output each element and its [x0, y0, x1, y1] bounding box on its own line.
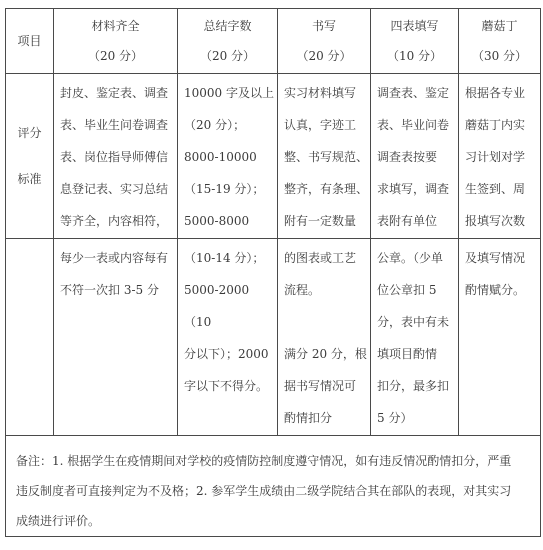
deduction-moguding-cell: 及填写情况 酌情赋分。 [459, 239, 541, 436]
deduction-materials-cell: 每少一表或内容每有 不符一次扣 3-5 分 [54, 239, 178, 436]
header-cell-project: 项目 [6, 9, 54, 74]
scoring-criteria-label: 评分 标准 [6, 74, 54, 239]
criteria-handwriting-cell: 实习材料填写 认真，字迹工 整、书写规范、 整齐，有条理、 附有一定数量 [278, 74, 371, 239]
document-page: 项目 材料齐全 （20 分） 总结字数 （20 分） 书写 （20 分） 四表填… [0, 0, 543, 550]
header-cell-handwriting: 书写 （20 分） [278, 9, 371, 74]
deduction-word-count-cell: （10-14 分）； 5000-2000（10 分以下）；2000 字以下不得分… [178, 239, 278, 436]
remarks-row: 备注：1. 根据学生在疫情期间对学校的疫情防控制度遵守情况，如有违反情况酌情扣分… [6, 436, 541, 537]
header-cell-moguding: 蘑菇丁 （30 分） [459, 9, 541, 74]
deduction-handwriting-cell: 的图表或工艺 流程。 满分 20 分，根 据书写情况可 酌情扣分 [278, 239, 371, 436]
criteria-moguding-cell: 根据各专业 蘑菇丁内实 习计划对学 生签到、周 报填写次数 [459, 74, 541, 239]
deduction-empty-cell [6, 239, 54, 436]
criteria-materials-cell: 封皮、鉴定表、调查 表、毕业生问卷调查 表、岗位指导师傅信 息登记表、实习总结 … [54, 74, 178, 239]
header-row: 项目 材料齐全 （20 分） 总结字数 （20 分） 书写 （20 分） 四表填… [6, 9, 541, 74]
criteria-row: 评分 标准 封皮、鉴定表、调查 表、毕业生问卷调查 表、岗位指导师傅信 息登记表… [6, 74, 541, 239]
deduction-four-forms-cell: 公章。（少单 位公章扣 5 分，表中有未 填项目酌情 扣分，最多扣 5 分） [371, 239, 459, 436]
deduction-row: 每少一表或内容每有 不符一次扣 3-5 分 （10-14 分）； 5000-20… [6, 239, 541, 436]
grading-rubric-table: 项目 材料齐全 （20 分） 总结字数 （20 分） 书写 （20 分） 四表填… [5, 8, 541, 537]
remarks-cell: 备注：1. 根据学生在疫情期间对学校的疫情防控制度遵守情况，如有违反情况酌情扣分… [6, 436, 541, 537]
header-cell-four-forms: 四表填写 （10 分） [371, 9, 459, 74]
criteria-word-count-cell: 10000 字及以上 （20 分）； 8000-10000 （15-19 分）；… [178, 74, 278, 239]
criteria-four-forms-cell: 调查表、鉴定 表、毕业问卷 调查表按要 求填写，调查 表附有单位 [371, 74, 459, 239]
header-cell-summary-word-count: 总结字数 （20 分） [178, 9, 278, 74]
header-cell-materials-complete: 材料齐全 （20 分） [54, 9, 178, 74]
